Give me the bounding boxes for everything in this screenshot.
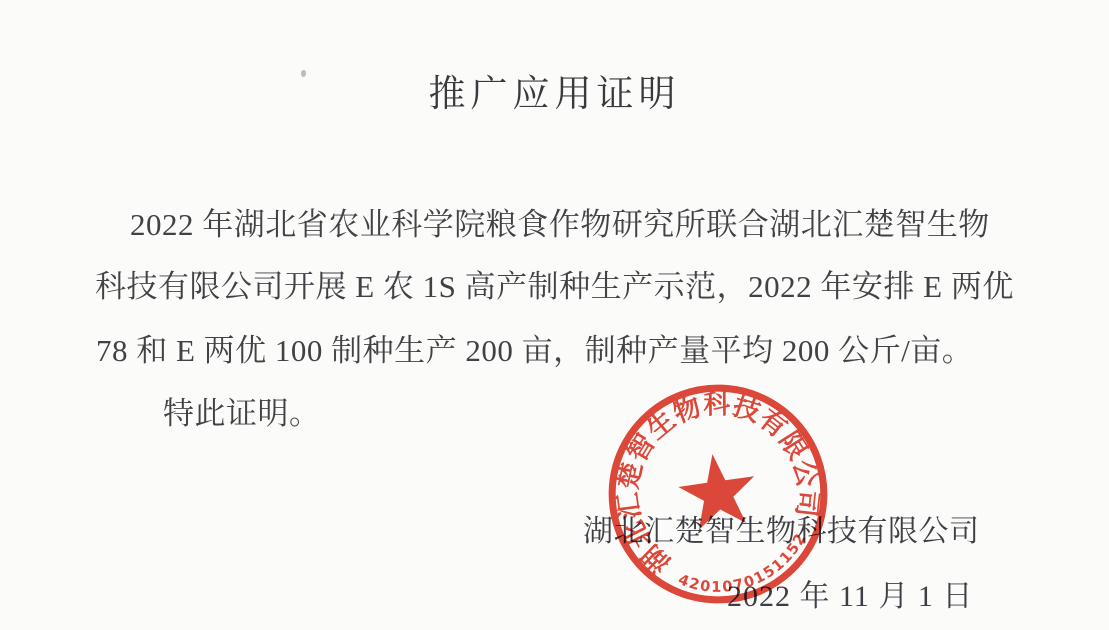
closing-statement: 特此证明。	[163, 388, 321, 433]
body-paragraph-line-1: 2022 年湖北省农业科学院粮食作物研究所联合湖北汇楚智生物	[130, 199, 990, 244]
body-paragraph-line-3: 78 和 E 两优 100 制种生产 200 亩，制种产量平均 200 公斤/亩…	[96, 325, 973, 370]
certificate-scan-page: 推广应用证明 2022 年湖北省农业科学院粮食作物研究所联合湖北汇楚智生物 科技…	[0, 0, 1109, 630]
document-title: 推广应用证明	[0, 63, 1109, 117]
company-seal-stamp: 湖北汇楚智生物科技有限公司 4201070151152	[592, 368, 844, 620]
body-paragraph-line-2: 科技有限公司开展 E 农 1S 高产制种生产示范，2022 年安排 E 两优	[95, 261, 1014, 306]
seal-serial-number: 4201070151152	[671, 526, 820, 614]
seal-star-icon	[674, 449, 760, 532]
